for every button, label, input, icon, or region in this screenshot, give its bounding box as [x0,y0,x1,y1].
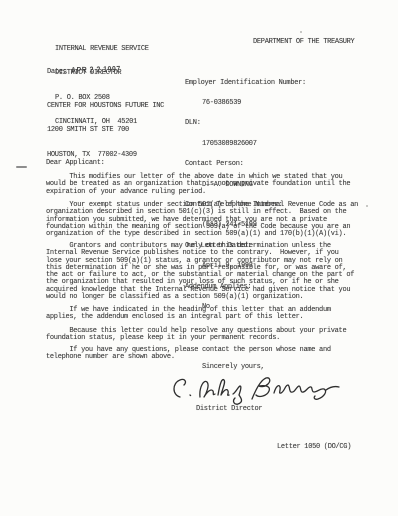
salutation: Dear Applicant: [46,160,105,167]
letter-page: INTERNAL REVENUE SERVICE DISTRICT DIRECT… [0,0,398,516]
department-heading: DEPARTMENT OF THE TREASURY [253,39,354,46]
body-paragraph: This modifies our letter of the above da… [46,174,362,196]
dln-value: 17053089826007 [185,141,306,148]
ref-label: DLN: [185,120,306,127]
ref-label: Employer Identification Number: [185,80,306,87]
signer-title: District Director [196,406,262,413]
body-paragraph: If you have any questions, please contac… [46,347,362,362]
ref-label: Contact Person: [185,161,306,168]
date-label: Date: [47,69,67,76]
body-paragraph: If we have indicated in the heading of t… [46,307,362,322]
sender-line: INTERNAL REVENUE SERVICE [55,45,149,53]
scan-speck [229,332,231,334]
closing: Sincerely yours, [202,364,264,371]
scan-artifact-dash [16,166,27,168]
recipient-line: CENTER FOR HOUSTONS FUTURE INC [47,102,164,110]
recipient-line: 1200 SMITH ST STE 700 [47,126,164,134]
recipient-line: HOUSTON, TX 77002-4309 [47,151,164,159]
letter-number-footer: Letter 1050 (DO/CG) [277,444,351,451]
ein-value: 76-0386539 [185,100,306,107]
date-stamp: APR 2 2 1997 [71,64,121,75]
body-paragraph: Because this letter could help resolve a… [46,328,362,343]
scan-speck [366,205,368,207]
body-paragraph: Grantors and contributors may rely on th… [46,243,362,301]
body-paragraph: Your exempt status under section 501(a) … [46,202,362,238]
signature-image [166,373,342,409]
scan-speck [300,31,302,33]
